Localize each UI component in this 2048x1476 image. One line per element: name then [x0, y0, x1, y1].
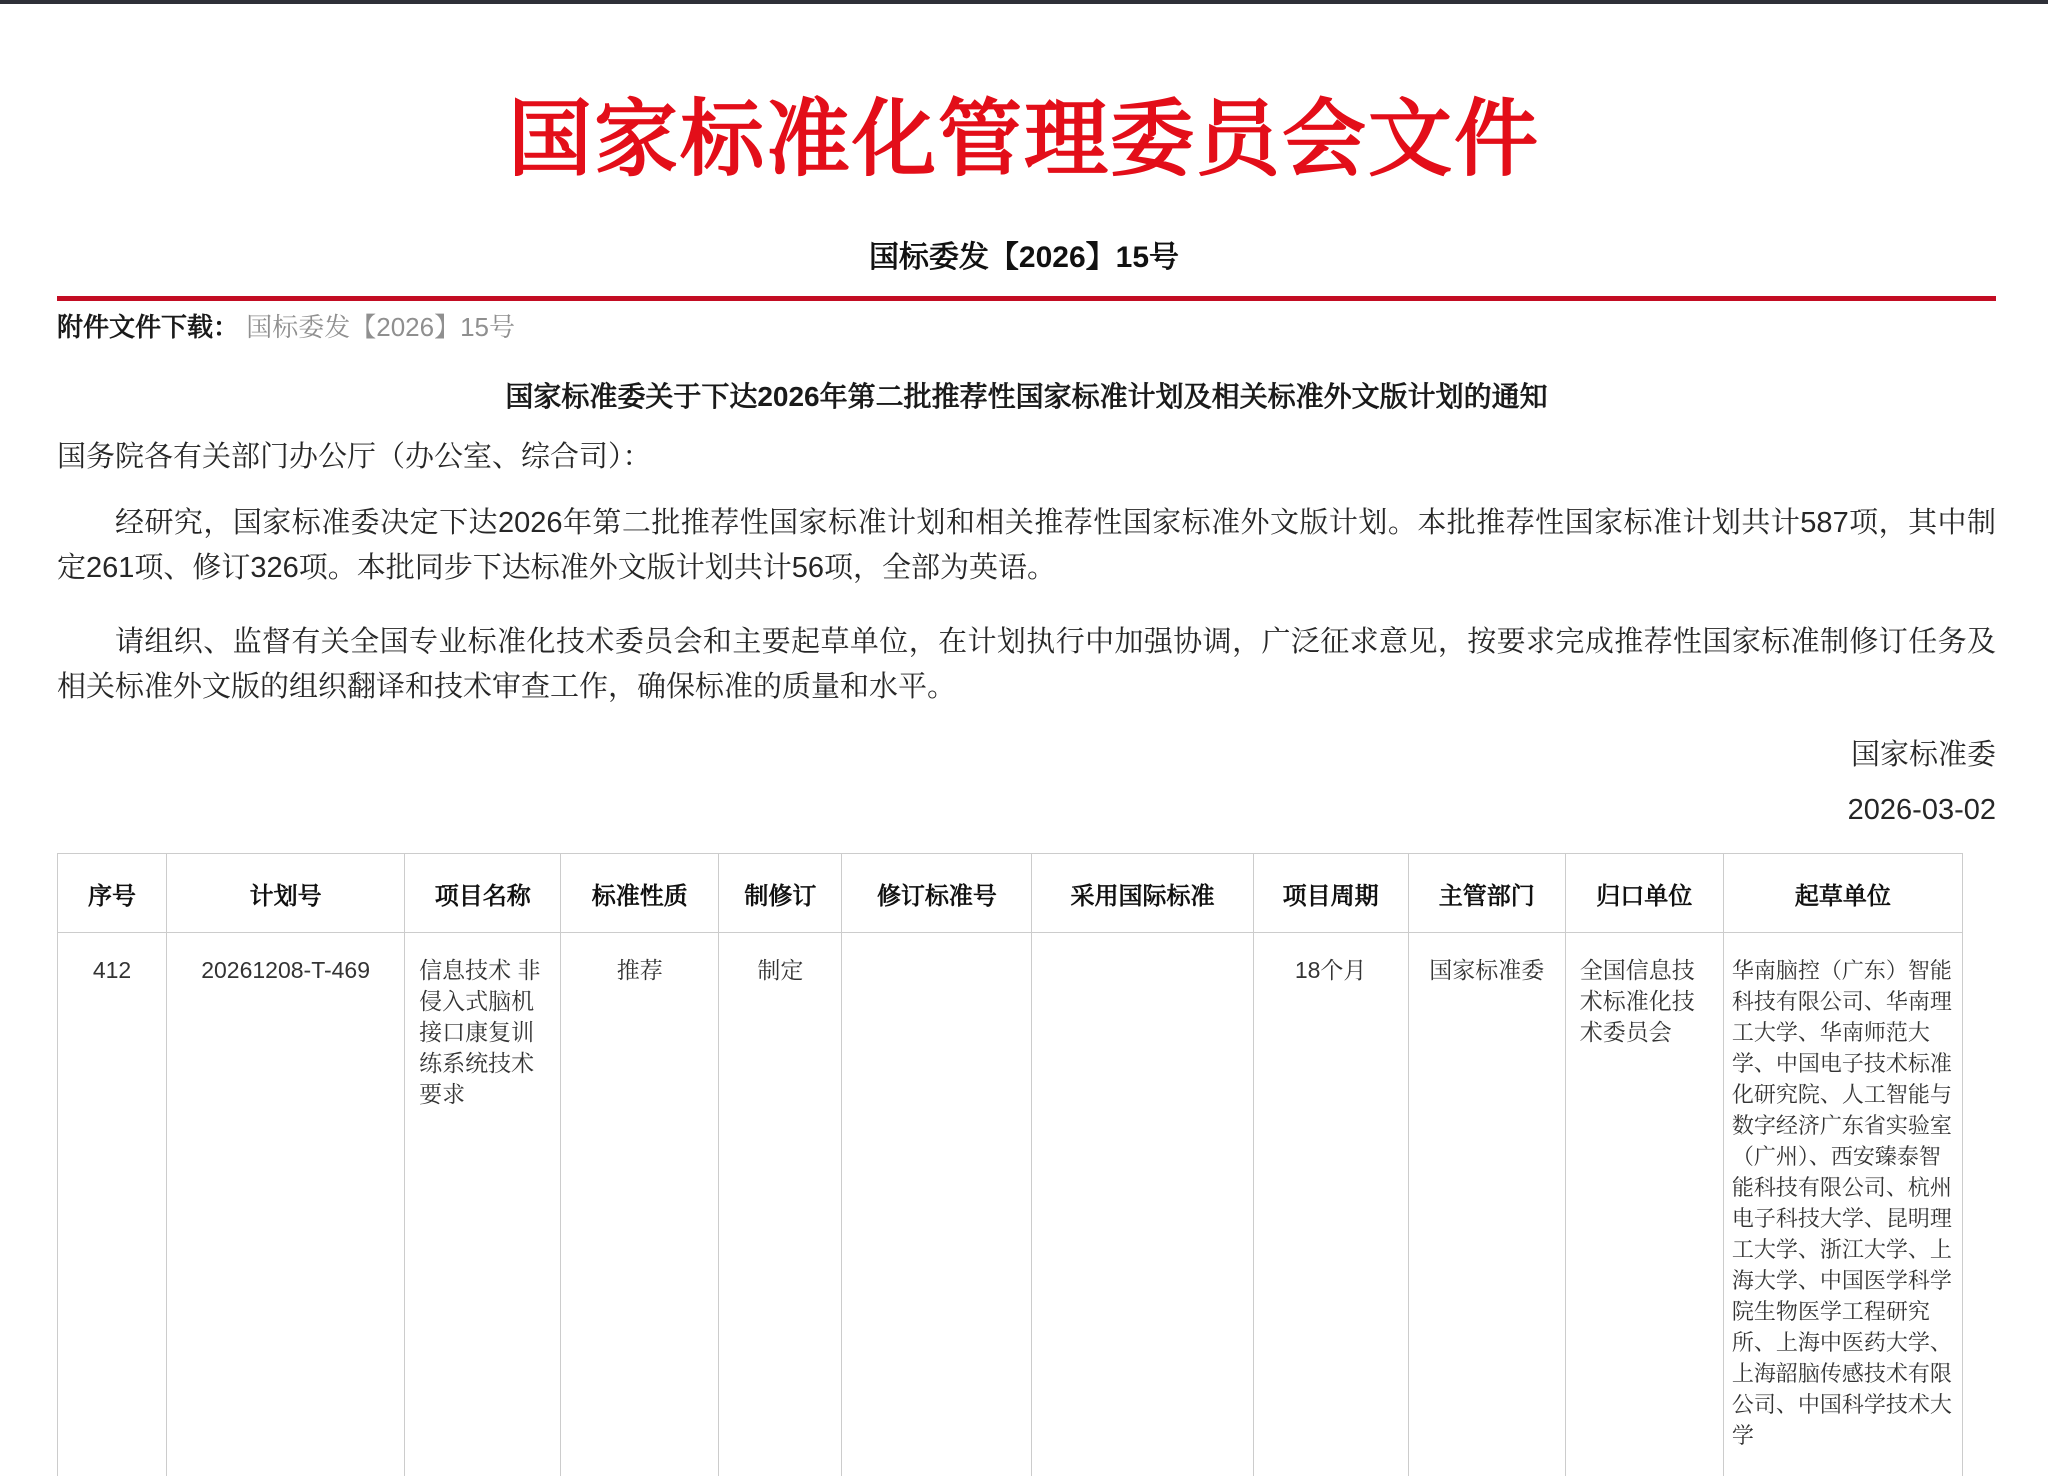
- salutation-line: 国务院各有关部门办公厅（办公室、综合司）：: [57, 435, 1996, 480]
- cell-serial: 412: [58, 933, 167, 1476]
- cell-centralized-unit: 全国信息技术标准化技术委员会: [1565, 933, 1723, 1476]
- notice-paragraph-2: 请组织、监督有关全国专业标准化技术委员会和主要起草单位，在计划执行中加强协调，广…: [57, 620, 1996, 710]
- table-header-row: 序号 计划号 项目名称 标准性质 制修订 修订标准号 采用国际标准 项目周期 主…: [58, 854, 1963, 933]
- cell-revision-type: 制定: [719, 933, 842, 1476]
- cell-project-name: 信息技术 非侵入式脑机接口康复训练系统技术要求: [405, 933, 561, 1476]
- attachment-download-row: 附件文件下载： 国标委发【2026】15号: [57, 309, 1996, 345]
- cell-plan-number: 20261208-T-469: [167, 933, 405, 1476]
- attachment-download-label: 附件文件下载：: [57, 312, 239, 342]
- issue-date: 2026-03-02: [57, 788, 1996, 833]
- issuer-name: 国家标准委: [57, 733, 1996, 778]
- column-header-revised-standard-number: 修订标准号: [842, 854, 1032, 933]
- document-body: 附件文件下载： 国标委发【2026】15号 国家标准委关于下达2026年第二批推…: [57, 296, 1996, 1476]
- column-header-international-standard: 采用国际标准: [1032, 854, 1253, 933]
- notice-title: 国家标准委关于下达2026年第二批推荐性国家标准计划及相关标准外文版计划的通知: [57, 377, 1996, 417]
- cell-competent-department: 国家标准委: [1408, 933, 1565, 1476]
- column-header-drafting-units: 起草单位: [1723, 854, 1962, 933]
- attachment-file-link[interactable]: 国标委发【2026】15号: [246, 312, 515, 342]
- column-header-standard-nature: 标准性质: [561, 854, 719, 933]
- cell-international-standard: [1032, 933, 1253, 1476]
- table-row: 412 20261208-T-469 信息技术 非侵入式脑机接口康复训练系统技术…: [58, 933, 1963, 1476]
- column-header-competent-department: 主管部门: [1408, 854, 1565, 933]
- red-divider-line: [57, 296, 1996, 301]
- document-number: 国标委发【2026】15号: [0, 241, 2048, 275]
- column-header-centralized-unit: 归口单位: [1565, 854, 1723, 933]
- agency-document-title: 国家标准化管理委员会文件: [0, 4, 2048, 191]
- cell-project-period: 18个月: [1253, 933, 1408, 1476]
- cell-drafting-units: 华南脑控（广东）智能科技有限公司、华南理工大学、华南师范大学、中国电子技术标准化…: [1723, 933, 1962, 1476]
- column-header-serial: 序号: [58, 854, 167, 933]
- column-header-plan-number: 计划号: [167, 854, 405, 933]
- column-header-revision-type: 制修订: [719, 854, 842, 933]
- cell-revised-standard-number: [842, 933, 1032, 1476]
- column-header-project-name: 项目名称: [405, 854, 561, 933]
- notice-paragraph-1: 经研究，国家标准委决定下达2026年第二批推荐性国家标准计划和相关推荐性国家标准…: [57, 501, 1996, 591]
- standards-plan-table: 序号 计划号 项目名称 标准性质 制修订 修订标准号 采用国际标准 项目周期 主…: [57, 853, 1963, 1476]
- cell-standard-nature: 推荐: [561, 933, 719, 1476]
- column-header-project-period: 项目周期: [1253, 854, 1408, 933]
